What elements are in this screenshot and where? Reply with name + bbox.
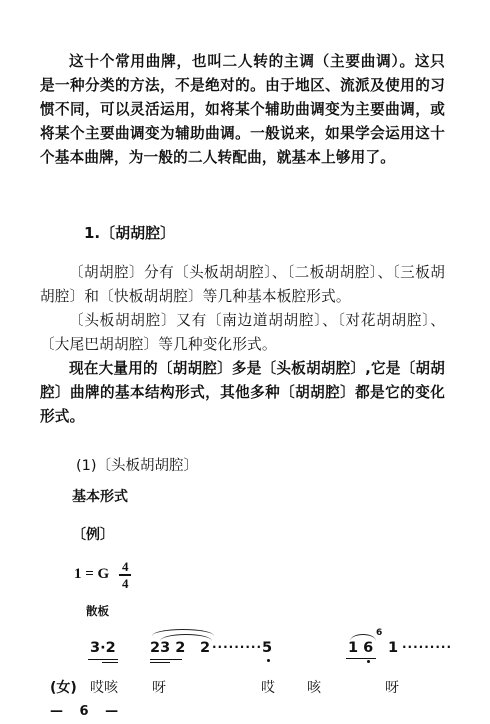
singer-label: (女)	[50, 677, 77, 697]
paragraph-3: 现在大量用的〔胡胡腔〕多是〔头板胡胡腔〕,它是〔胡胡腔〕曲牌的基本结构形式，其他…	[40, 357, 445, 429]
note-group: 1 6	[348, 640, 373, 656]
basic-form-label: 基本形式	[72, 486, 128, 506]
note: 1	[388, 640, 398, 656]
subsection-heading: (1)〔头板胡胡腔〕	[76, 454, 198, 475]
underline	[102, 662, 118, 663]
document-page: 这十个常用曲牌，也叫二人转的主调（主要曲调）。这只是一种分类的方法，不是绝对的。…	[0, 0, 490, 724]
lyric: 呀	[385, 677, 399, 697]
lyric: 咳	[307, 677, 321, 697]
lyric: 哎咳	[90, 677, 118, 697]
paragraph-1: 〔胡胡腔〕分有〔头板胡胡腔〕、〔二板胡胡腔〕、〔三板胡胡腔〕和〔快板胡胡腔〕等几…	[40, 261, 445, 309]
underline	[150, 662, 170, 663]
lyric: 哎	[261, 677, 275, 697]
note: 5	[262, 640, 272, 656]
key-text: 1 = G	[74, 566, 109, 583]
page-number: — 6 —	[50, 704, 124, 719]
intro-paragraph: 这十个常用曲牌，也叫二人转的主调（主要曲调）。这只是一种分类的方法，不是绝对的。…	[40, 50, 445, 170]
key-signature: 1 = G 4 4	[74, 560, 131, 590]
underline	[88, 659, 118, 660]
grace-note: 6	[376, 628, 382, 638]
note-group: 3·2	[90, 640, 116, 656]
note-group: 23 2	[150, 640, 185, 656]
hold-dots: ·········	[212, 640, 262, 654]
hold-dots: ·········	[402, 640, 452, 654]
time-signature: 4 4	[119, 560, 131, 590]
underline	[150, 659, 182, 660]
low-octave-dot	[267, 659, 270, 662]
tempo-marking: 散板	[86, 603, 109, 619]
underline	[346, 658, 376, 659]
lyric: 呀	[152, 677, 166, 697]
section-heading: 1.〔胡胡腔〕	[84, 222, 175, 243]
low-octave-dot	[367, 660, 370, 663]
time-numerator: 4	[122, 560, 129, 573]
note: 2	[200, 640, 210, 656]
paragraph-2: 〔头板胡胡腔〕又有〔南边道胡胡腔〕、〔对花胡胡腔〕、〔大尾巴胡胡腔〕等几种变化形…	[40, 309, 445, 357]
time-denominator: 4	[122, 577, 129, 590]
example-label: 〔例〕	[72, 524, 114, 544]
